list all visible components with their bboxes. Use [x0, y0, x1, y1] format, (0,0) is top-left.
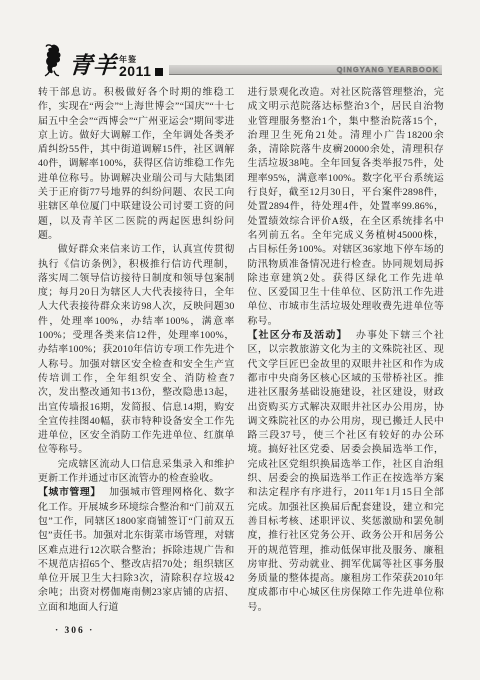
entry-city-management-title: 【城市管理】 [38, 487, 101, 498]
goat-brush-logo-icon [42, 42, 68, 78]
paragraph-continuation: 转干部息访。积极做好各个时期的维稳工作，实现在“两会”“上海世博会”“国庆”“十… [38, 86, 235, 243]
header-square-marker [155, 68, 163, 76]
page-body: 转干部息访。积极做好各个时期的维稳工作，实现在“两会”“上海世博会”“国庆”“十… [38, 86, 444, 615]
page-header: 青羊 年鉴 2011 QINGYANG YEARBOOK [42, 36, 442, 78]
yearbook-logo: 青羊 年鉴 2011 [42, 42, 163, 78]
yearbook-title-stack: 年鉴 2011 [119, 56, 151, 78]
page-number: · 306 · [55, 626, 94, 636]
yearbook-title-cn: 青羊 [68, 54, 118, 78]
paragraph-continuation-right: 进行景观化改造。对社区院落管理整治，完成文明示范院落达标整治3个，居民自治物业管… [248, 86, 445, 329]
header-rule-bar: QINGYANG YEARBOOK [169, 65, 442, 75]
yearbook-year: 2011 [119, 64, 151, 78]
entry-community-activities: 【社区分布及活动】办事处下辖三个社区，以宗教旅游文化为主的文殊院社区、现代文学巨… [248, 329, 445, 615]
yearbook-title-en: QINGYANG YEARBOOK [337, 65, 439, 74]
paragraph-petitions: 做好群众来信来访工作，认真宣传贯彻执行《信访条例》，积极推行信访代理制，落实周二… [38, 243, 235, 457]
yearbook-page: 青羊 年鉴 2011 QINGYANG YEARBOOK 转干部息访。积极做好各… [0, 0, 480, 680]
entry-community-activities-title: 【社区分布及活动】 [248, 330, 348, 341]
right-column: 进行景观化改造。对社区院落管理整治，完成文明示范院落达标整治3个，居民自治物业管… [248, 86, 445, 615]
left-column: 转干部息访。积极做好各个时期的维稳工作，实现在“两会”“上海世博会”“国庆”“十… [38, 86, 235, 615]
paragraph-floating-population: 完成辖区流动人口信息采集录入和维护更新工作并通过市区流管办的检查验收。 [38, 458, 235, 487]
entry-community-activities-text: 办事处下辖三个社区，以宗教旅游文化为主的文殊院社区、现代文学巨匠巴金故里的双眼井… [248, 330, 445, 613]
entry-city-management: 【城市管理】加强城市管理网格化、数字化工作。开展城乡环境综合整治和“门前双五包”… [38, 486, 235, 615]
entry-city-management-text: 加强城市管理网格化、数字化工作。开展城乡环境综合整治和“门前双五包”工作，同辖区… [38, 487, 235, 612]
